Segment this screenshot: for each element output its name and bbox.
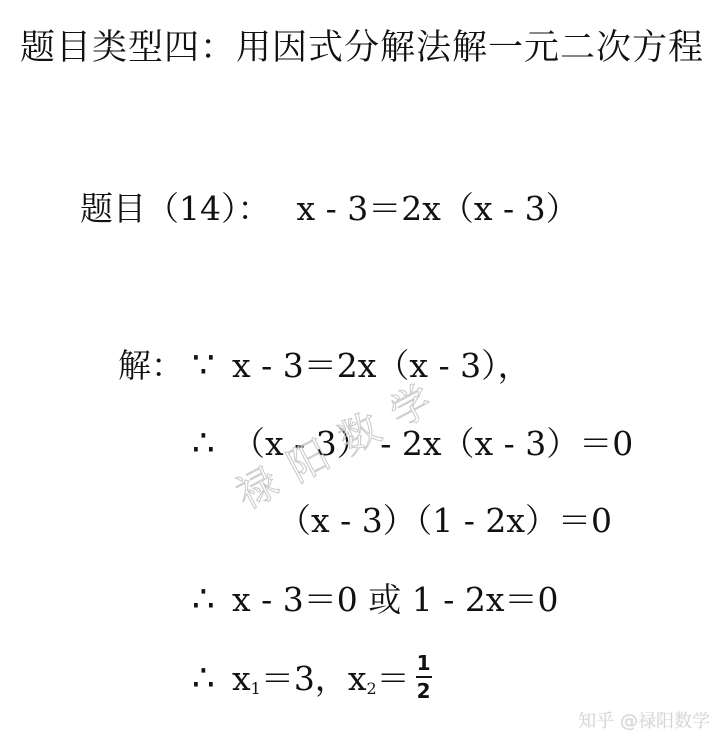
x1-variable: x	[232, 659, 251, 698]
problem-statement: 题目（14）：x - 3＝2x（x - 3）	[80, 189, 579, 229]
step-text: x - 3＝2x（x - 3），	[232, 346, 531, 385]
fraction-denominator: 2	[417, 680, 431, 702]
therefore-symbol: ∴	[192, 659, 232, 699]
x2-variable: x	[348, 659, 367, 698]
solution-step-4: ∴x - 3＝0 或 1 - 2x＝0	[192, 580, 558, 620]
solution-step-2: ∴（x - 3） - 2x（x - 3）＝0	[192, 424, 633, 464]
fraction-one-half: 12	[416, 652, 432, 702]
solution-step-5: ∴x1＝3，x2＝12	[192, 656, 432, 709]
x1-subscript: 1	[251, 679, 261, 698]
because-symbol: ∵	[192, 346, 232, 386]
step-text: （x - 3）（1 - 2x）＝0	[278, 501, 612, 540]
solution-step-3: （x - 3）（1 - 2x）＝0	[278, 501, 612, 541]
step-text: x - 3＝0 或 1 - 2x＝0	[232, 580, 558, 619]
fraction-numerator: 1	[417, 652, 431, 674]
page-title: 题目类型四：用因式分解法解一元二次方程	[20, 28, 704, 68]
therefore-symbol: ∴	[192, 424, 232, 464]
x2-equals: ＝	[377, 659, 410, 698]
solution-label: 解：	[118, 346, 184, 386]
x2-subscript: 2	[366, 679, 376, 698]
problem-equation: x - 3＝2x（x - 3）	[297, 189, 579, 228]
fraction-bar	[416, 676, 432, 678]
step-text: （x - 3） - 2x（x - 3）＝0	[232, 424, 633, 463]
problem-label: 题目（14）：	[80, 189, 271, 228]
solution-step-1: ∵x - 3＝2x（x - 3），	[192, 346, 531, 386]
x1-value: ＝3，	[261, 659, 348, 698]
therefore-symbol: ∴	[192, 580, 232, 620]
corner-watermark: 知乎 @禄阳数学	[578, 707, 710, 733]
